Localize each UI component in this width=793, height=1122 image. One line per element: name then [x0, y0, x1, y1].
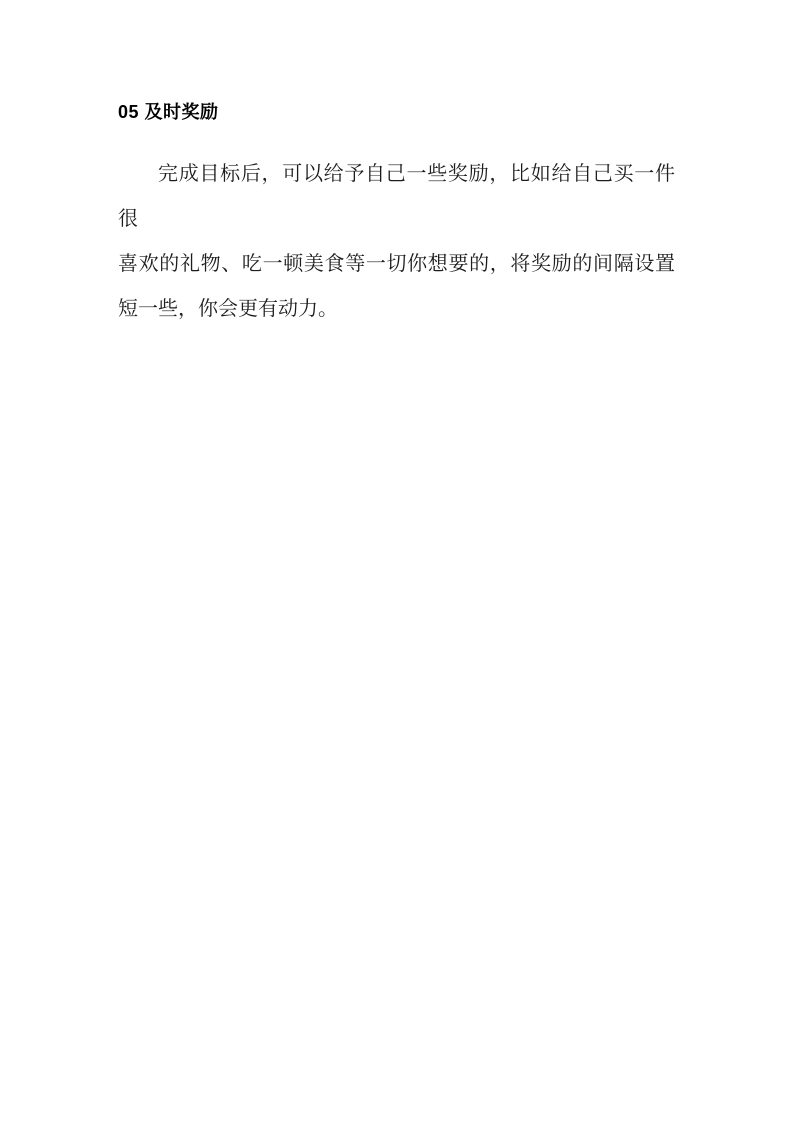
document-page: 05 及时奖励 完成目标后，可以给予自己一些奖励，比如给自己买一件很 喜欢的礼物… [0, 0, 793, 1122]
section-heading: 05 及时奖励 [118, 98, 675, 126]
paragraph-line: 短一些，你会更有动力。 [118, 287, 675, 332]
body-paragraph: 完成目标后，可以给予自己一些奖励，比如给自己买一件很 喜欢的礼物、吃一顿美食等一… [118, 152, 675, 332]
paragraph-line: 喜欢的礼物、吃一顿美食等一切你想要的，将奖励的间隔设置 [118, 242, 675, 287]
paragraph-line: 完成目标后，可以给予自己一些奖励，比如给自己买一件很 [118, 152, 675, 242]
